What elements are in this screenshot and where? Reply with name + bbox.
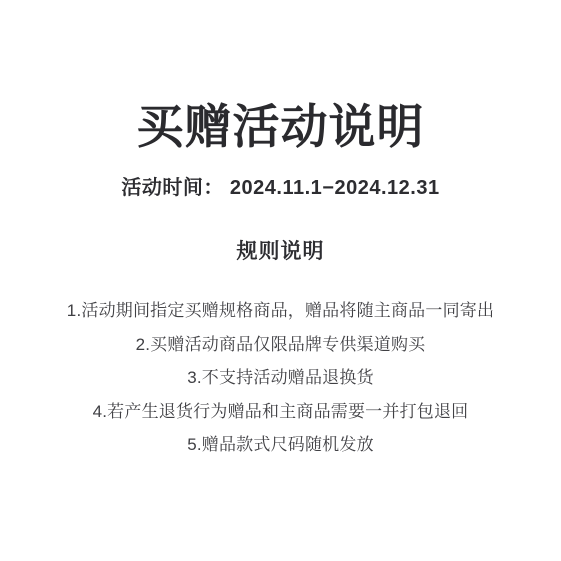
activity-period: 活动时间：2024.11.1−2024.12.31 xyxy=(0,176,561,200)
rule-item-2: 2.买赠活动商品仅限品牌专供渠道购买 xyxy=(0,328,561,362)
rule-item-5: 5.赠品款式尺码随机发放 xyxy=(0,428,561,462)
rules-heading: 规则说明 xyxy=(0,239,561,264)
rule-item-4: 4.若产生退货行为赠品和主商品需要一并打包退回 xyxy=(0,395,561,429)
rule-item-3: 3.不支持活动赠品退换货 xyxy=(0,361,561,395)
activity-period-label: 活动时间： xyxy=(121,177,224,199)
rules-list: 1.活动期间指定买赠规格商品，赠品将随主商品一同寄出 2.买赠活动商品仅限品牌专… xyxy=(0,294,561,462)
page-title: 买赠活动说明 xyxy=(0,97,561,157)
promo-notice-page: 买赠活动说明 活动时间：2024.11.1−2024.12.31 规则说明 1.… xyxy=(0,0,561,561)
rule-item-1: 1.活动期间指定买赠规格商品，赠品将随主商品一同寄出 xyxy=(0,294,561,328)
activity-period-value: 2024.11.1−2024.12.31 xyxy=(230,177,440,199)
